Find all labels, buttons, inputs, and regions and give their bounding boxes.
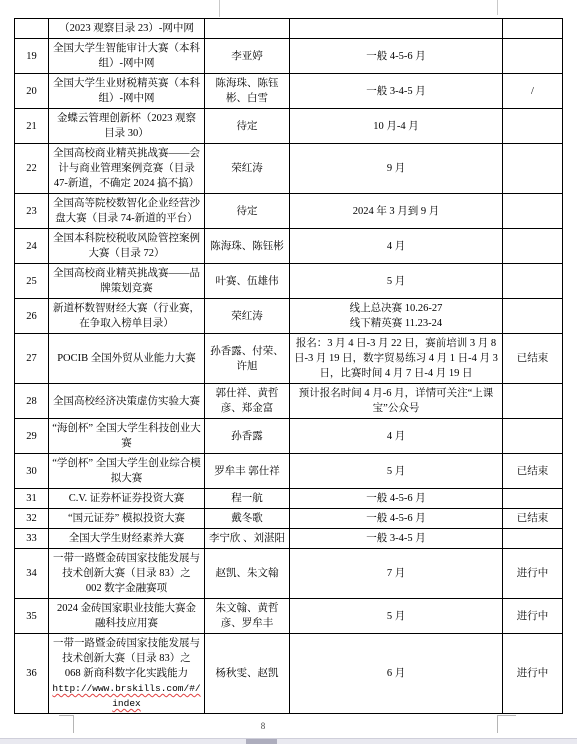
table-row: 32 “国元证券” 模拟投资大赛 戴冬歌 一般 4-5-6 月 已结束 [15,509,563,529]
cell-status: 已结束 [503,454,563,489]
cell-status: 进行中 [503,549,563,599]
table-row: 34 一带一路暨金砖国家技能发展与技术创新大赛（目录 83）之 002 数字金融… [15,549,563,599]
cell-status [503,229,563,264]
cell-competition-name: 全国大学生业财税精英赛（本科组）-网中网 [49,74,205,109]
cell-row-number: 29 [15,419,49,454]
cell-status [503,194,563,229]
cell-person-names: 朱文翰、黄哲彦、罗牟丰 [205,599,290,634]
cell-person-names: 杨秋雯、赵凯 [205,634,290,714]
cell-status [503,39,563,74]
cell-status [503,19,563,39]
cell-status: 进行中 [503,634,563,714]
table-row: 26 新道杯数智财经大赛（行业赛，在争取入榜单目录） 荣红涛 线上总决赛 10.… [15,299,563,334]
cell-person-names: 郭仕祥、黄哲彦、郑金富 [205,384,290,419]
competitions-table: （2023 观察目录 23）-网中网 19 全国大学生智能审计大赛（本科组）-网… [14,18,563,714]
cell-competition-name: 2024 金砖国家职业技能大赛金融科技应用赛 [49,599,205,634]
table-row: 28 全国高校经济决策虚仿实验大赛 郭仕祥、黄哲彦、郑金富 预计报名时间 4 月… [15,384,563,419]
top-margin-mark-right [497,0,498,15]
cell-row-number: 19 [15,39,49,74]
cell-person-names: 程一航 [205,489,290,509]
table-row: 23 全国高等院校数智化企业经营沙盘大赛（目录 74-新道的平台） 待定 202… [15,194,563,229]
cell-schedule [290,19,503,39]
cell-competition-name: 全国高校商业精英挑战赛——品牌策划竞赛 [49,264,205,299]
table-row: 19 全国大学生智能审计大赛（本科组）-网中网 李亚婷 一般 4-5-6 月 [15,39,563,74]
table-row: 35 2024 金砖国家职业技能大赛金融科技应用赛 朱文翰、黄哲彦、罗牟丰 5 … [15,599,563,634]
cell-schedule: 一般 4-5-6 月 [290,489,503,509]
table-row: 33 全国大学生财经素养大赛 李宁欣 、刘湛阳 一般 3-4-5 月 [15,529,563,549]
cell-schedule: 6 月 [290,634,503,714]
table-row: 29 “海创杯” 全国大学生科技创业大赛 孙香露 4 月 [15,419,563,454]
cell-competition-name: 全国大学生财经素养大赛 [49,529,205,549]
cell-schedule: 10 月-4 月 [290,109,503,144]
cell-status [503,299,563,334]
cell-schedule: 报名：3 月 4 日-3 月 22 日，赛前培训 3 月 8 日-3 月 19 … [290,334,503,384]
cell-competition-name: 全国本科院校税收风险管控案例大赛（目录 72） [49,229,205,264]
cell-competition-name: 金蝶云管理创新杯（2023 观察目录 30） [49,109,205,144]
horizontal-scrollbar[interactable] [0,738,577,744]
document-page: （2023 观察目录 23）-网中网 19 全国大学生智能审计大赛（本科组）-网… [0,0,577,744]
bottom-right-crop-mark [497,715,516,733]
cell-status: 进行中 [503,599,563,634]
cell-schedule: 预计报名时间 4 月-6 月，详情可关注“上课宝”公众号 [290,384,503,419]
page-number: 8 [256,721,270,731]
cell-person-names: 荣红涛 [205,299,290,334]
cell-person-names: 荣红涛 [205,144,290,194]
cell-schedule: 一般 3-4-5 月 [290,529,503,549]
table-row: 25 全国高校商业精英挑战赛——品牌策划竞赛 叶赛、伍雄伟 5 月 [15,264,563,299]
cell-competition-name: 全国高校商业精英挑战赛——会计与商业管理案例竞赛（目录 47-新道，不确定 20… [49,144,205,194]
cell-schedule: 2024 年 3 月到 9 月 [290,194,503,229]
cell-row-number: 21 [15,109,49,144]
cell-competition-name: “海创杯” 全国大学生科技创业大赛 [49,419,205,454]
cell-row-number: 35 [15,599,49,634]
cell-row-number: 30 [15,454,49,489]
cell-competition-name: 全国高校经济决策虚仿实验大赛 [49,384,205,419]
table-row: 30 “学创杯” 全国大学生创业综合模拟大赛 罗牟丰 郭仕祥 5 月 已结束 [15,454,563,489]
cell-person-names: 赵凯、朱文翰 [205,549,290,599]
table-row: 27 POCIB 全国外贸从业能力大赛 孙香露、付荣、许旭 报名：3 月 4 日… [15,334,563,384]
cell-person-names: 孙香露、付荣、许旭 [205,334,290,384]
cell-competition-name: C.V. 证券杯证券投资大赛 [49,489,205,509]
cell-schedule: 7 月 [290,549,503,599]
cell-status [503,489,563,509]
cell-schedule: 5 月 [290,454,503,489]
cell-status: 已结束 [503,509,563,529]
cell-schedule: 4 月 [290,229,503,264]
competitions-table-body: （2023 观察目录 23）-网中网 19 全国大学生智能审计大赛（本科组）-网… [15,19,563,714]
cell-person-names: 陈海珠、陈钰彬 [205,229,290,264]
cell-row-number: 22 [15,144,49,194]
table-row: （2023 观察目录 23）-网中网 [15,19,563,39]
cell-schedule: 5 月 [290,599,503,634]
cell-competition-name: 一带一路暨金砖国家技能发展与技术创新大赛（目录 83）之 002 数字金融赛项 [49,549,205,599]
cell-row-number: 20 [15,74,49,109]
cell-schedule: 5 月 [290,264,503,299]
cell-row-number: 26 [15,299,49,334]
competition-url[interactable]: http://www.brskills.com/#/index [52,683,200,709]
cell-status [503,529,563,549]
cell-row-number: 27 [15,334,49,384]
cell-row-number: 28 [15,384,49,419]
top-margin-mark-left [219,0,220,17]
cell-schedule: 一般 4-5-6 月 [290,39,503,74]
cell-competition-name: “国元证券” 模拟投资大赛 [49,509,205,529]
bottom-left-crop-mark [59,715,74,733]
table-row: 31 C.V. 证券杯证券投资大赛 程一航 一般 4-5-6 月 [15,489,563,509]
cell-schedule: 9 月 [290,144,503,194]
cell-person-names: 叶赛、伍雄伟 [205,264,290,299]
cell-person-names: 陈海珠、陈钰彬、白雪 [205,74,290,109]
cell-person-names: 待定 [205,194,290,229]
cell-status [503,109,563,144]
cell-row-number: 25 [15,264,49,299]
table-row: 24 全国本科院校税收风险管控案例大赛（目录 72） 陈海珠、陈钰彬 4 月 [15,229,563,264]
cell-row-number: 32 [15,509,49,529]
cell-schedule: 线上总决赛 10.26-27 线下精英赛 11.23-24 [290,299,503,334]
cell-person-names: 孙香露 [205,419,290,454]
cell-competition-name: 一带一路暨金砖国家技能发展与技术创新大赛（目录 83）之 068 新商科数字化实… [49,634,205,714]
table-row: 36 一带一路暨金砖国家技能发展与技术创新大赛（目录 83）之 068 新商科数… [15,634,563,714]
cell-row-number: 23 [15,194,49,229]
cell-schedule: 4 月 [290,419,503,454]
table-row: 21 金蝶云管理创新杯（2023 观察目录 30） 待定 10 月-4 月 [15,109,563,144]
cell-row-number: 31 [15,489,49,509]
cell-status: / [503,74,563,109]
cell-competition-name: “学创杯” 全国大学生创业综合模拟大赛 [49,454,205,489]
cell-person-names: 待定 [205,109,290,144]
cell-competition-name: 全国大学生智能审计大赛（本科组）-网中网 [49,39,205,74]
cell-status: 已结束 [503,334,563,384]
table-row: 20 全国大学生业财税精英赛（本科组）-网中网 陈海珠、陈钰彬、白雪 一般 3-… [15,74,563,109]
cell-schedule: 一般 3-4-5 月 [290,74,503,109]
cell-person-names: 李宁欣 、刘湛阳 [205,529,290,549]
scrollbar-thumb[interactable] [246,739,277,744]
cell-person-names: 罗牟丰 郭仕祥 [205,454,290,489]
cell-person-names [205,19,290,39]
cell-status [503,419,563,454]
cell-competition-name: （2023 观察目录 23）-网中网 [49,19,205,39]
cell-person-names: 戴冬歌 [205,509,290,529]
cell-competition-name: 新道杯数智财经大赛（行业赛，在争取入榜单目录） [49,299,205,334]
cell-status [503,384,563,419]
cell-status [503,264,563,299]
cell-competition-name: POCIB 全国外贸从业能力大赛 [49,334,205,384]
cell-schedule: 一般 4-5-6 月 [290,509,503,529]
cell-person-names: 李亚婷 [205,39,290,74]
cell-row-number [15,19,49,39]
cell-row-number: 33 [15,529,49,549]
cell-row-number: 36 [15,634,49,714]
cell-competition-name: 全国高等院校数智化企业经营沙盘大赛（目录 74-新道的平台） [49,194,205,229]
cell-row-number: 24 [15,229,49,264]
cell-status [503,144,563,194]
cell-row-number: 34 [15,549,49,599]
table-row: 22 全国高校商业精英挑战赛——会计与商业管理案例竞赛（目录 47-新道，不确定… [15,144,563,194]
